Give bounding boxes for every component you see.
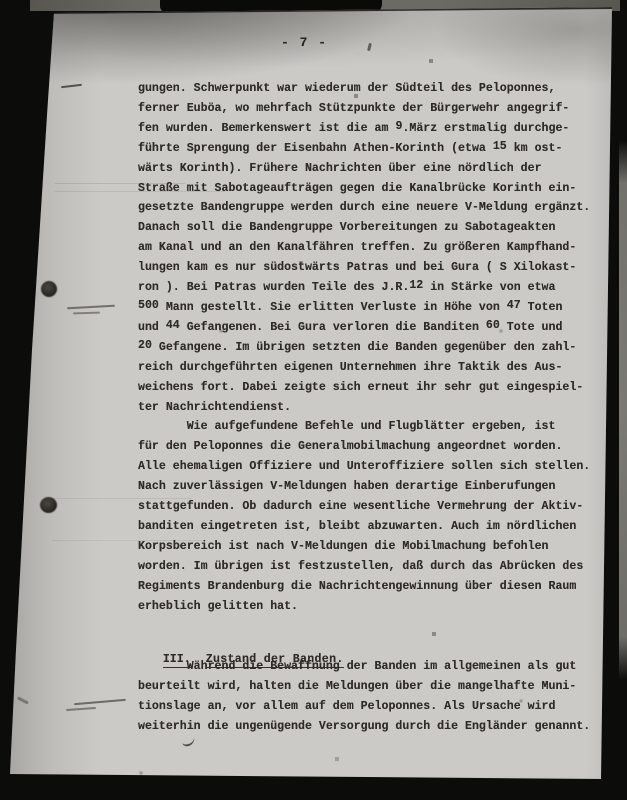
text-line: ron ). Bei Patras wurden Teile des J.R.1… [138, 278, 590, 298]
check-mark [181, 736, 196, 748]
text-line: tionslage an, vor allem auf dem Peloponn… [138, 697, 590, 717]
text-line: 20 Gefangene. Im übrigen setzten die Ban… [138, 338, 590, 358]
text-line: führte Sprengung der Eisenbahn Athen-Kor… [138, 139, 590, 159]
text-line: Nach zuverlässigen V-Meldungen haben der… [138, 477, 590, 497]
pen-mark [17, 696, 29, 704]
text-line: Korpsbereich ist nach V-Meldungen die Mo… [138, 537, 590, 557]
ink-speck [0, 0, 2, 2]
pen-mark [61, 84, 82, 89]
text-line: Regiments Brandenburg die Nachrichtengew… [138, 577, 590, 597]
hole-punch-mark [41, 281, 57, 297]
text-line: ter Nachrichtendienst. [138, 398, 590, 418]
text-line: lungen kam es nur südostwärts Patras und… [138, 258, 590, 278]
text-line: gungen. Schwerpunkt war wiederum der Süd… [138, 79, 590, 99]
ink-speck [367, 43, 372, 51]
document-page: - 7 - gungen. Schwerpunkt war wiederum d… [0, 0, 627, 800]
text-line: banditen eingetreten ist, bleibt abzuwar… [138, 517, 590, 537]
text-line: weiterhin die ungenügende Versorgung dur… [138, 717, 590, 737]
text-line: Straße mit Sabotageaufträgen gegen die K… [138, 179, 590, 199]
text-line: am Kanal und an den Kanalfähren treffen.… [138, 238, 590, 258]
pen-mark [67, 305, 115, 309]
hole-punch-mark [40, 497, 57, 513]
text-line: erheblich gelitten hat. [138, 597, 590, 617]
text-line: Während die Bewaffnung der Banden im all… [138, 657, 590, 677]
body-text: gungen. Schwerpunkt war wiederum der Süd… [138, 79, 590, 616]
crease-line [52, 540, 202, 541]
pen-mark [66, 707, 96, 711]
text-line: wärts Korinth). Frühere Nachrichten über… [138, 159, 590, 179]
crease-line [55, 191, 225, 192]
crease-line [55, 183, 185, 184]
closing-paragraph: Während die Bewaffnung der Banden im all… [138, 657, 590, 737]
text-line: reich durchgeführten eigenen Unternehmen… [138, 358, 590, 378]
text-line: stattgefunden. Ob dadurch eine wesentlic… [138, 497, 590, 517]
text-line: Danach soll die Bandengruppe Vorbereitun… [138, 218, 590, 238]
pen-mark [74, 699, 126, 706]
text-line: für den Peloponnes die Generalmobilmachu… [138, 437, 590, 457]
text-line: weichens fort. Dabei zeigte sich erneut … [138, 378, 590, 398]
text-line: Wie aufgefundene Befehle und Flugblätter… [138, 417, 590, 437]
text-line: gesetzte Bandengruppe werden durch eine … [138, 198, 590, 218]
page-number: - 7 - [281, 33, 328, 53]
text-line: und 44 Gefangenen. Bei Gura verloren die… [138, 318, 590, 338]
adjacent-page-edge [619, 140, 627, 680]
text-line: fen wurden. Bemerkenswert ist die am 9.M… [138, 119, 590, 139]
text-line: Alle ehemaligen Offiziere und Unteroffiz… [138, 457, 590, 477]
text-line: beurteilt wird, halten die Meldungen übe… [138, 677, 590, 697]
text-line: worden. Im übrigen ist festzustellen, da… [138, 557, 590, 577]
text-line: ferner Euböa, wo mehrfach Stützpunkte de… [138, 99, 590, 119]
text-line: 500 Mann gestellt. Sie erlitten Verluste… [138, 298, 590, 318]
crease-line [52, 498, 192, 499]
pen-mark [73, 312, 100, 315]
